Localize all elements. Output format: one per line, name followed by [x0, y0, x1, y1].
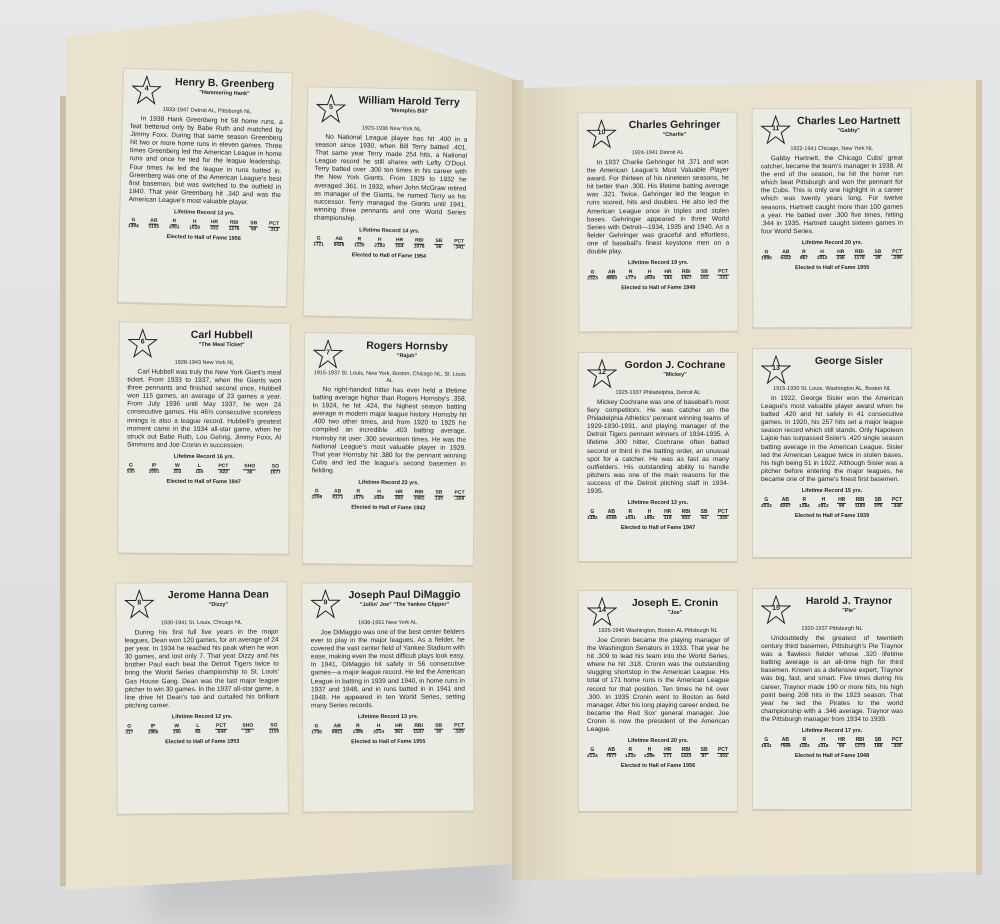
card-number: 6	[128, 338, 158, 345]
career-span: 1915-1930 St. Louis, Washington AL, Bost…	[761, 386, 903, 393]
stat-value: 1582	[414, 496, 425, 501]
stat-value: 535	[127, 469, 135, 474]
stat-label: HR	[836, 249, 845, 256]
stat-value: 1912	[817, 256, 828, 261]
stat-cell: R1183	[799, 737, 809, 749]
stat-value: 2193	[374, 244, 385, 249]
stats-row: G1394AB5193R1051H1628HR331RBI1276SB58PCT…	[128, 217, 280, 233]
stat-label: G	[763, 249, 769, 256]
stat-cell: R867	[800, 249, 808, 261]
stat-label: W	[174, 463, 181, 470]
stat-cell: RBI1273	[855, 737, 866, 749]
stat-label: G	[128, 462, 134, 469]
stats-row: G2259AB8173R1579H2930HR302RBI1582SB135PC…	[311, 488, 465, 502]
star-icon: 14	[587, 597, 617, 627]
stat-cell: G535	[127, 462, 135, 474]
stat-cell: RBI1179	[854, 249, 865, 261]
stat-cell: H2839	[644, 269, 655, 281]
stat-cell: AB5169	[606, 509, 617, 521]
stat-label: SHO	[241, 723, 254, 730]
stat-value: 2839	[644, 276, 655, 281]
stat-value: 1427	[681, 276, 692, 281]
stat-value: .325	[454, 730, 463, 735]
stat-cell: RBI1276	[229, 220, 240, 232]
stat-cell: HR154	[395, 237, 404, 249]
stat-label: W	[173, 723, 180, 730]
stat-label: H	[821, 497, 827, 504]
lifetime-record: Lifetime Record 15 yrs.	[761, 488, 903, 494]
stat-cell: HR236	[836, 249, 845, 261]
card-number: 11	[761, 125, 791, 132]
stat-cell: HR331	[210, 219, 220, 231]
stats-row: G535IP3591W253L154PCT.622SHO36SO1677	[127, 462, 281, 475]
stat-value: 6428	[334, 243, 345, 248]
stat-cell: R1041	[625, 509, 636, 521]
player-nickname: "Pie"	[795, 607, 903, 615]
player-card: 4 Henry B. Greenberg "Hammering Hank" 19…	[117, 68, 293, 307]
stat-cell: PCT.358	[453, 490, 465, 502]
card-number: 12	[587, 369, 617, 376]
player-bio: In 1937 Charlie Gehringer hit .371 and w…	[587, 159, 730, 257]
stat-value: 1179	[854, 256, 864, 261]
stat-cell: AB6428	[334, 236, 345, 248]
stat-value: 375	[874, 504, 882, 509]
stat-cell: AB6432	[781, 249, 792, 261]
stats-row: G1721AB6428R1120H2193HR154RBI1078SB56PCT…	[313, 235, 465, 250]
stat-cell: H1652	[644, 509, 655, 521]
stat-value: 5193	[148, 225, 159, 230]
stat-value: 6821	[332, 730, 343, 735]
stat-value: 184	[664, 276, 672, 281]
stat-cell: RBI1537	[413, 723, 424, 735]
stat-value: 5169	[606, 516, 617, 521]
player-name: George Sisler	[795, 355, 903, 367]
stat-cell: AB8860	[606, 269, 617, 281]
stat-value: 64	[701, 516, 706, 521]
stat-value: 36	[247, 470, 252, 475]
stat-value: 1183	[799, 744, 809, 749]
stat-value: 867	[800, 256, 808, 261]
stat-label: H	[819, 249, 825, 256]
player-nickname: "Rajah"	[347, 352, 467, 361]
stat-cell: SO1677	[270, 463, 281, 475]
stat-cell: HR302	[394, 489, 403, 501]
stat-cell: W150	[173, 723, 181, 735]
player-name: Joseph Paul DiMaggio	[344, 589, 464, 602]
stat-value: 7577	[606, 754, 617, 759]
stat-label: SB	[434, 723, 443, 730]
stat-label: AB	[781, 497, 790, 504]
player-card: 5 William Harold Terry "Memphis Bill" 19…	[303, 86, 478, 320]
stat-value: 28	[875, 256, 880, 261]
card-number: 5	[316, 103, 346, 111]
stat-cell: H2930	[374, 489, 385, 501]
stats-row: G1736AB6821R1390H2214HR361RBI1537SB30PCT…	[311, 723, 465, 736]
stat-cell: SO1155	[269, 722, 280, 734]
stat-cell: PCT.321	[717, 269, 729, 281]
stat-cell: SB158	[874, 737, 883, 749]
stat-cell: H2193	[374, 237, 385, 249]
star-icon: 4	[131, 75, 162, 106]
stat-value: 2812	[818, 504, 829, 509]
star-icon: 5	[316, 93, 347, 124]
stat-cell: SB135	[434, 490, 443, 502]
stat-label: SB	[873, 249, 882, 256]
hall-of-fame-year: Elected to Hall of Fame 1939	[761, 513, 903, 519]
star-icon: 11	[761, 115, 791, 145]
hall-of-fame-year: Elected to Hall of Fame 1942	[311, 504, 465, 512]
stat-value: 832	[682, 516, 690, 521]
stat-cell: G317	[125, 723, 133, 735]
stat-value: 1155	[269, 729, 279, 734]
player-bio: No National League player has hit .400 i…	[314, 133, 468, 225]
player-card: 6 Carl Hubbell "The Meal Ticket" 1928-19…	[117, 321, 291, 554]
stat-value: 2323	[587, 276, 598, 281]
stat-value: 158	[874, 744, 882, 749]
stat-cell: R1051	[169, 218, 180, 230]
stat-value: 1120	[354, 243, 365, 248]
player-card: 8 Jerome Hanna Dean "Dizzy" 1930-1941 St…	[115, 581, 289, 814]
stats-row: G2323AB8860R1773H2839HR184RBI1427SB181PC…	[587, 269, 729, 282]
stat-cell: AB6821	[332, 723, 343, 735]
stat-value: 1628	[189, 226, 200, 231]
star-icon: 7	[313, 339, 343, 369]
lifetime-record: Lifetime Record 13 yrs.	[587, 500, 729, 506]
stat-cell: PCT.341	[453, 238, 465, 250]
stat-label: RBI	[855, 497, 866, 504]
player-nickname: "Jollin' Joe" "The Yankee Clipper"	[344, 601, 464, 610]
hall-of-fame-year: Elected to Hall of Fame 1947	[587, 525, 729, 531]
stat-value: 2285	[644, 754, 655, 759]
star-icon: 13	[761, 355, 791, 385]
stat-cell: R1390	[353, 723, 364, 735]
stat-value: 3591	[149, 470, 160, 475]
stat-cell: PCT.325	[453, 723, 465, 735]
star-icon: 12	[587, 359, 617, 389]
stat-cell: G1482	[587, 509, 598, 521]
stat-value: 1579	[353, 496, 364, 501]
stat-cell: H2214	[373, 723, 384, 735]
stat-value: 1394	[128, 224, 139, 229]
stat-cell: HR99	[837, 497, 846, 509]
stat-value: 331	[210, 226, 218, 231]
stat-cell: PCT.298	[891, 249, 903, 261]
stat-value: 2259	[311, 495, 322, 500]
player-bio: In 1938 Hank Greenberg hit 58 home runs,…	[129, 115, 283, 208]
stat-value: 87	[701, 754, 706, 759]
stat-cell: G1394	[128, 217, 139, 229]
stat-cell: RBI1423	[681, 747, 692, 759]
stat-cell: R1773	[625, 269, 636, 281]
player-bio: No right-handed hitter has ever held a l…	[312, 386, 467, 477]
stat-cell: SHO26	[241, 723, 254, 735]
stat-value: 135	[435, 497, 443, 502]
stat-value: .320	[718, 516, 727, 521]
hall-of-fame-year: Elected to Hall of Fame 1948	[761, 753, 903, 759]
stat-label: HR	[837, 737, 846, 744]
stat-label: PCT	[891, 497, 903, 504]
stat-value: 1041	[625, 516, 636, 521]
career-span: 1922-1941 Chicago, New York NL	[761, 146, 903, 153]
stat-label: L	[197, 463, 202, 470]
stat-value: 1941	[761, 744, 772, 749]
star-icon: 9	[310, 589, 340, 619]
career-span: 1924-1941 Detroit AL	[587, 150, 729, 158]
star-icon: 15	[761, 595, 791, 625]
stat-value: 1276	[229, 227, 240, 232]
player-bio: Joe Cronin became the playing manager of…	[587, 637, 729, 734]
stat-value: 2214	[373, 730, 384, 735]
stat-value: 6432	[781, 256, 792, 261]
player-name: Charles Leo Hartnett	[795, 115, 903, 127]
player-bio: Carl Hubbell was truly the New York Gian…	[127, 368, 282, 450]
stat-cell: HR361	[394, 723, 403, 735]
stat-value: 1273	[855, 744, 866, 749]
stat-label: RBI	[855, 737, 866, 744]
stat-cell: R1284	[799, 497, 810, 509]
lifetime-record: Lifetime Record 19 yrs.	[587, 260, 729, 267]
stat-label: HR	[837, 497, 846, 504]
hall-of-fame-year: Elected to Hall of Fame 1956	[587, 763, 729, 769]
stat-value: 26	[245, 730, 250, 735]
stat-cell: H2812	[818, 497, 829, 509]
career-span: 1920-1937 Pittsburgh NL	[761, 626, 903, 633]
stat-label: PCT	[891, 249, 903, 256]
stat-value: .340	[892, 504, 901, 509]
stat-cell: G1736	[311, 723, 322, 735]
stat-value: 154	[195, 470, 203, 475]
stat-label: RBI	[854, 249, 865, 256]
stats-row: G1482AB5169R1041H1652HR119RBI832SB64PCT.…	[587, 509, 729, 521]
stat-cell: L154	[195, 463, 203, 475]
stat-value: 1423	[681, 754, 692, 759]
stat-label: IP	[151, 463, 158, 470]
stat-label: H	[376, 723, 382, 730]
stat-value: 1284	[799, 504, 810, 509]
stat-cell: SB56	[434, 238, 443, 250]
stat-label: SO	[271, 463, 280, 470]
stat-value: 1677	[270, 470, 281, 475]
stat-cell: SB375	[874, 497, 883, 509]
stat-label: SO	[269, 722, 278, 729]
hall-of-fame-year: Elected to Hall of Fame 1956	[128, 233, 280, 243]
stat-value: .320	[892, 744, 901, 749]
player-nickname: "Charlie"	[621, 131, 729, 140]
player-bio: Mickey Cochrane was one of baseball's mo…	[587, 399, 729, 496]
stat-value: 1652	[644, 516, 655, 521]
player-name: Harold J. Traynor	[795, 595, 903, 607]
player-card: 12 Gordon J. Cochrane "Mickey" 1925-1937…	[578, 352, 738, 562]
stat-value: 1482	[587, 516, 598, 521]
card-number: 14	[587, 607, 617, 614]
stat-value: 1233	[625, 754, 636, 759]
lifetime-record: Lifetime Record 13 yrs.	[128, 208, 280, 218]
stat-cell: PCT.622	[217, 463, 229, 475]
stat-value: 8860	[606, 276, 617, 281]
stat-value: 1390	[353, 730, 364, 735]
stat-label: L	[195, 723, 200, 730]
stat-label: AB	[781, 737, 790, 744]
card-number: 7	[313, 349, 343, 356]
stat-value: 30	[436, 730, 441, 735]
player-bio: In 1922, George Sisler won the American …	[761, 395, 903, 484]
player-card: 7 Rogers Hornsby "Rajah" 1915-1937 St. L…	[302, 332, 476, 566]
hall-of-fame-year: Elected to Hall of Fame 1947	[127, 478, 281, 485]
stat-cell: IP3591	[149, 463, 160, 475]
stat-label: R	[802, 497, 808, 504]
card-number: 10	[587, 129, 617, 136]
stat-cell: HR119	[663, 509, 672, 521]
player-name: Charles Gehringer	[620, 119, 728, 132]
stat-cell: H1628	[189, 219, 200, 231]
stat-cell: RBI832	[681, 509, 692, 521]
stats-row: G317IP1966W150L83PCT.644SHO26SO1155	[125, 722, 279, 735]
career-span: 1928-1943 New York NL	[127, 359, 281, 367]
career-span: 1915-1937 St. Louis, New York, Boston, C…	[313, 370, 467, 386]
stat-value: .644	[216, 730, 225, 735]
stat-value: 361	[395, 730, 403, 735]
stat-label: G	[763, 497, 769, 504]
stat-value: 58	[839, 744, 844, 749]
stat-cell: SB28	[873, 249, 882, 261]
stat-label: AB	[781, 249, 790, 256]
stat-cell: G2124	[587, 747, 598, 759]
stat-value: 8173	[332, 495, 343, 500]
stat-cell: R1233	[625, 747, 636, 759]
stat-value: 181	[700, 276, 708, 281]
stat-value: 1990	[761, 256, 772, 261]
lifetime-record: Lifetime Record 20 yrs.	[761, 240, 903, 246]
stat-cell: RBI1427	[681, 269, 692, 281]
card-number: 8	[124, 599, 154, 606]
card-number: 13	[761, 365, 791, 372]
stat-value: 317	[125, 730, 133, 735]
stat-cell: R1579	[353, 489, 364, 501]
stat-cell: G1990	[761, 249, 772, 261]
stat-value: 8267	[780, 504, 791, 509]
player-nickname: "Dizzy"	[158, 600, 278, 609]
star-icon: 6	[128, 328, 158, 358]
stat-value: .358	[455, 497, 464, 502]
player-bio: Joe DiMaggio was one of the best center …	[311, 629, 465, 711]
stat-value: 56	[436, 245, 441, 250]
stat-cell: AB7559	[780, 737, 791, 749]
star-icon: 10	[586, 119, 616, 149]
card-number: 4	[131, 85, 161, 93]
stat-value: 171	[664, 754, 672, 759]
player-nickname: "Mickey"	[621, 371, 729, 379]
stats-row: G2033AB8267R1284H2812HR99RBI1180SB375PCT…	[761, 497, 903, 509]
stat-value: 1736	[311, 730, 322, 735]
stat-value: .321	[719, 276, 728, 281]
stat-value: 236	[837, 256, 845, 261]
player-card: 11 Charles Leo Hartnett "Gabby" 1922-194…	[752, 108, 913, 329]
lifetime-record: Lifetime Record 17 yrs.	[761, 728, 903, 734]
stat-label: RBI	[413, 723, 424, 730]
stat-value: 58	[251, 227, 256, 232]
stat-cell: AB7577	[606, 747, 617, 759]
stat-cell: RBI1078	[414, 238, 425, 250]
stat-value: 1180	[855, 504, 865, 509]
stat-label: SHO	[243, 463, 256, 470]
player-name: Joseph E. Cronin	[621, 597, 729, 609]
stat-value: .298	[892, 256, 901, 261]
stat-cell: G2259	[311, 488, 322, 500]
player-card: 9 Joseph Paul DiMaggio "Jollin' Joe" "Th…	[301, 582, 474, 813]
stat-cell: PCT.320	[891, 737, 903, 749]
player-name: Carl Hubbell	[162, 329, 282, 342]
player-name: Gordon J. Cochrane	[621, 359, 729, 371]
career-span: 1936-1951 New York AL	[311, 620, 465, 628]
stat-value: .341	[454, 245, 463, 250]
stat-value: 2416	[818, 744, 829, 749]
stat-value: 302	[395, 496, 403, 501]
player-card: 13 George Sisler 1915-1930 St. Louis, Wa…	[752, 348, 912, 558]
stat-label: PCT	[453, 723, 465, 730]
stat-value: 1966	[148, 730, 159, 735]
hall-of-fame-year: Elected to Hall of Fame 1953	[125, 738, 279, 745]
stat-cell: HR171	[663, 747, 672, 759]
stat-cell: HR184	[663, 269, 672, 281]
stat-value: 83	[195, 730, 200, 735]
hall-of-fame-year: Elected to Hall of Fame 1955	[311, 739, 465, 746]
stat-value: 2124	[587, 754, 598, 759]
player-nickname: "Gabby"	[795, 127, 903, 135]
stat-value: 7559	[780, 744, 791, 749]
stat-value: 150	[173, 730, 181, 735]
stat-label: SB	[874, 497, 883, 504]
stat-cell: PCT.302	[717, 747, 729, 759]
stat-value: .313	[269, 228, 278, 233]
stat-cell: H2416	[818, 737, 829, 749]
stat-cell: L83	[195, 723, 200, 735]
career-span: 1926-1945 Washington, Boston AL Pittsbur…	[587, 628, 729, 635]
stat-cell: H1912	[817, 249, 828, 261]
stat-label: PCT	[891, 737, 903, 744]
stat-cell: G2033	[761, 497, 772, 509]
stat-label: R	[801, 249, 807, 256]
stats-row: G2124AB7577R1233H2285HR171RBI1423SB87PCT…	[587, 747, 729, 759]
stat-label: SB	[874, 737, 883, 744]
stat-cell: SB30	[434, 723, 443, 735]
stat-cell: SB64	[700, 509, 709, 521]
stats-row: G1990AB6432R867H1912HR236RBI1179SB28PCT.…	[761, 249, 903, 261]
stat-cell: AB5193	[148, 218, 159, 230]
stat-cell: SHO36	[243, 463, 256, 475]
player-name: Jerome Hanna Dean	[158, 588, 278, 601]
stat-cell: RBI1180	[855, 497, 866, 509]
stats-row: G1941AB7559R1183H2416HR58RBI1273SB158PCT…	[761, 737, 903, 749]
career-span: 1925-1937 Philadelphia, Detroit AL	[587, 390, 729, 397]
hall-of-fame-year: Elected to Hall of Fame 1955	[761, 265, 903, 271]
player-card: 14 Joseph E. Cronin "Joe" 1926-1945 Wash…	[578, 590, 738, 812]
stat-value: 99	[839, 504, 844, 509]
right-page-edge	[976, 80, 982, 875]
stat-cell: IP1966	[148, 723, 159, 735]
lifetime-record: Lifetime Record 20 yrs.	[587, 738, 729, 744]
stat-value: 2930	[374, 496, 385, 501]
card-number: 9	[310, 599, 340, 606]
stat-cell: PCT.340	[891, 497, 903, 509]
lifetime-record: Lifetime Record 12 yrs.	[125, 713, 279, 720]
stat-label: R	[355, 723, 361, 730]
stat-label: AB	[333, 723, 342, 730]
stat-label: IP	[150, 723, 157, 730]
stat-label: HR	[394, 723, 403, 730]
lifetime-record: Lifetime Record 13 yrs.	[311, 714, 465, 721]
player-nickname: "Joe"	[621, 609, 729, 617]
stat-value: 2033	[761, 504, 772, 509]
